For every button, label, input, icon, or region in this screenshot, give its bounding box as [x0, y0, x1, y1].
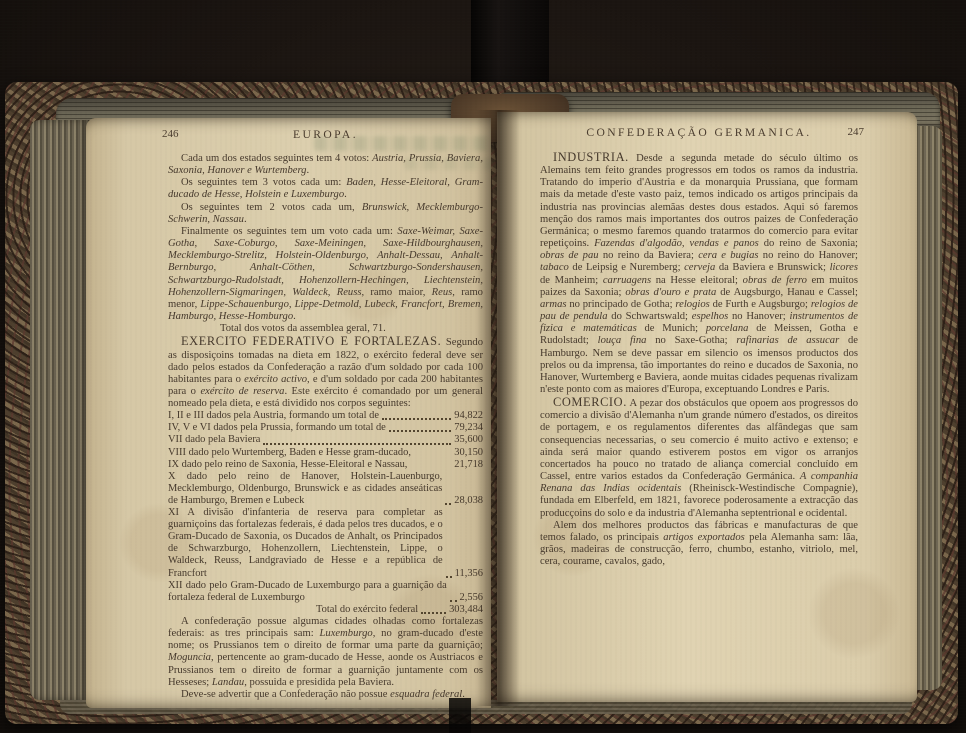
paragraph: COMERCIO. A pezar dos obstáculos que opo…	[540, 396, 858, 520]
list-row-value: 79,234	[454, 422, 483, 434]
paragraph: Finalmente os seguintes tem um voto cada…	[168, 226, 483, 323]
army-list-row: VIII dado pelo Wurtemberg, Baden e Hesse…	[168, 447, 483, 459]
left-paragraphs-top: Cada um dos estados seguintes tem 4 voto…	[168, 153, 483, 410]
list-row-value: 21,718	[454, 459, 483, 471]
list-row-value: 2,556	[460, 592, 483, 604]
paragraph: EXERCITO FEDERATIVO E FORTALEZAS. Segund…	[168, 335, 483, 410]
list-row-value: 11,356	[455, 568, 483, 580]
list-row-label: Total do exército federal	[316, 604, 418, 616]
right-page: CONFEDERAÇÃO GERMANICA. 247 INDUSTRIA. D…	[497, 112, 917, 702]
dot-leader	[445, 503, 451, 505]
paragraph: A confederação possue algumas cidades ol…	[168, 616, 483, 689]
right-page-body: INDUSTRIA. Desde a segunda metade do séc…	[540, 151, 858, 568]
dot-leader	[450, 600, 457, 602]
list-row-label: VIII dado pelo Wurtemberg, Baden e Hesse…	[168, 447, 411, 459]
dot-leader	[421, 612, 446, 614]
left-page-body: Cada um dos estados seguintes tem 4 voto…	[168, 153, 483, 701]
paragraph-text: Total dos votos da assemblea geral, 71.	[220, 323, 386, 334]
army-list-row: IX dado pelo reino de Saxonia, Hesse-Ele…	[168, 459, 483, 471]
paragraph: Cada um dos estados seguintes tem 4 voto…	[168, 153, 483, 177]
running-head-title: CONFEDERAÇÃO GERMANICA.	[540, 126, 858, 139]
paragraph-text: COMERCIO. A pezar dos obstáculos que opo…	[540, 398, 858, 518]
army-list-row: VII dado pela Baviera 35,600	[168, 434, 483, 446]
dot-leader	[446, 576, 452, 578]
paragraph-text: Os seguintes tem 3 votos cada um: Baden,…	[168, 177, 483, 200]
paragraph-text: INDUSTRIA. Desde a segunda metade do séc…	[540, 153, 858, 395]
army-list-row: XII dado pelo Gram-Ducado de Luxemburgo …	[168, 580, 483, 604]
list-row-label: XI A divisão d'infanteria de reserva par…	[168, 507, 443, 580]
list-row-value: 303,484	[449, 604, 483, 616]
list-row-label: I, II e III dados pela Austria, formando…	[168, 410, 379, 422]
list-row-value: 35,600	[454, 434, 483, 446]
paragraph-text: Finalmente os seguintes tem um voto cada…	[168, 226, 483, 322]
list-row-label: X dado pelo reino de Hanover, Holstein-L…	[168, 471, 442, 507]
paragraph-text: Deve-se advertir que a Confederação não …	[181, 689, 465, 700]
paragraph: Os seguintes tem 2 votos cada um, Brunsw…	[168, 202, 483, 226]
army-list-row: IV, V e VI dados pela Prussia, formando …	[168, 422, 483, 434]
right-running-head: CONFEDERAÇÃO GERMANICA. 247	[540, 126, 858, 144]
list-row-label: IX dado pelo reino de Saxonia, Hesse-Ele…	[168, 459, 407, 471]
page-number: 247	[848, 126, 865, 138]
list-row-label: IV, V e VI dados pela Prussia, formando …	[168, 422, 386, 434]
list-row-label: XII dado pelo Gram-Ducado de Luxemburgo …	[168, 580, 447, 604]
dot-leader	[263, 443, 451, 445]
list-row-value: 28,038	[454, 495, 483, 507]
paragraph-text: Cada um dos estados seguintes tem 4 voto…	[168, 153, 483, 176]
left-page: 246 EUROPA. Cada um dos estados seguinte…	[86, 118, 491, 708]
left-page-text-column: 246 EUROPA. Cada um dos estados seguinte…	[168, 128, 483, 701]
page-number: 246	[162, 128, 179, 140]
paragraph-text: Os seguintes tem 2 votos cada um, Brunsw…	[168, 202, 483, 225]
army-list-row: Total do exército federal 303,484	[316, 604, 483, 616]
paragraph: INDUSTRIA. Desde a segunda metade do séc…	[540, 151, 858, 396]
army-list-row: X dado pelo reino de Hanover, Holstein-L…	[168, 471, 483, 507]
paragraph: Deve-se advertir que a Confederação não …	[168, 689, 483, 701]
paragraph-text: Alem dos melhores productos das fábricas…	[540, 520, 858, 567]
paragraph: Alem dos melhores productos das fábricas…	[540, 520, 858, 569]
army-list-row: XI A divisão d'infanteria de reserva par…	[168, 507, 483, 580]
stand-strap-bottom	[449, 698, 471, 733]
dot-leader	[389, 430, 451, 432]
army-contingent-list: I, II e III dados pela Austria, formando…	[168, 410, 483, 616]
list-row-label: VII dado pela Baviera	[168, 434, 260, 446]
paragraph: Os seguintes tem 3 votos cada um: Baden,…	[168, 177, 483, 201]
paragraph-text: EXERCITO FEDERATIVO E FORTALEZAS. Segund…	[168, 337, 483, 409]
book-photo-scene: 246 EUROPA. Cada um dos estados seguinte…	[0, 0, 966, 733]
dot-leader	[382, 418, 451, 420]
page-edge-stack-left	[30, 120, 90, 700]
paragraph-text: A confederação possue algumas cidades ol…	[168, 616, 483, 688]
army-list-row: I, II e III dados pela Austria, formando…	[168, 410, 483, 422]
list-row-value: 94,822	[454, 410, 483, 422]
running-head-title: EUROPA.	[168, 128, 483, 141]
list-row-value: 30,150	[454, 447, 483, 459]
right-page-text-column: CONFEDERAÇÃO GERMANICA. 247 INDUSTRIA. D…	[540, 126, 858, 568]
left-running-head: 246 EUROPA.	[168, 128, 483, 146]
left-paragraphs-bottom: A confederação possue algumas cidades ol…	[168, 616, 483, 701]
